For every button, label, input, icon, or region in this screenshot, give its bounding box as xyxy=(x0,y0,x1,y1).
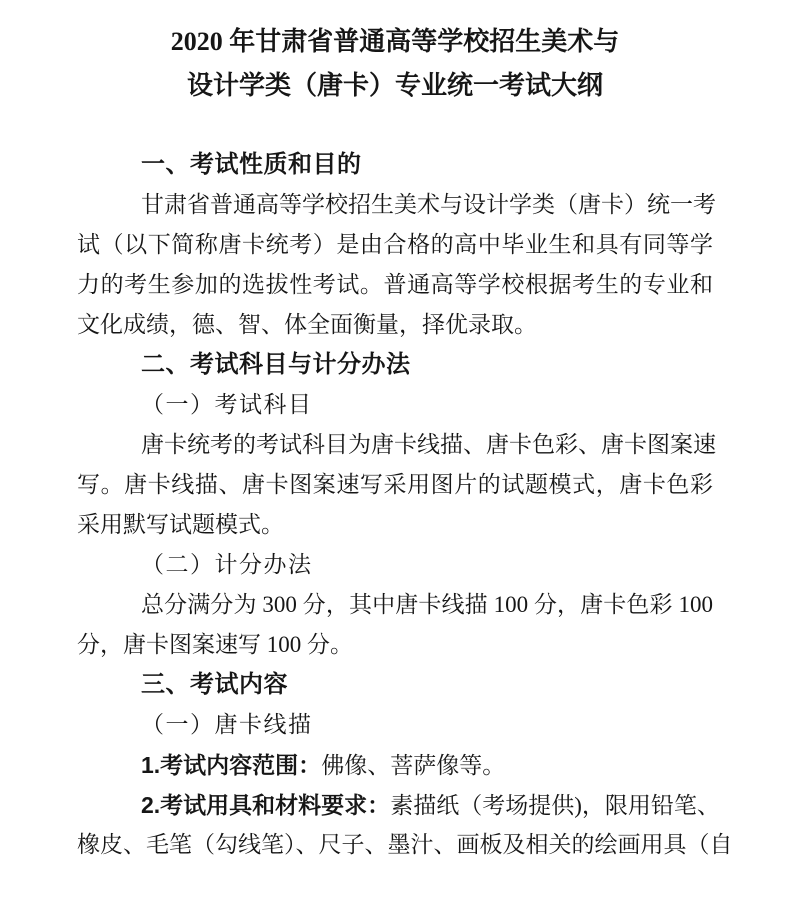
paragraph-line: 分，唐卡图案速写 100 分。 xyxy=(77,625,713,665)
paragraph-line: 甘肃省普通高等学校招生美术与设计学类（唐卡）统一考 xyxy=(77,185,713,225)
paragraph-line: 试（以下简称唐卡统考）是由合格的高中毕业生和具有同等学 xyxy=(77,225,713,265)
section-heading-3: 三、考试内容 xyxy=(77,665,713,705)
list-item-text: 佛像、菩萨像等。 xyxy=(321,753,505,778)
document-body: 一、考试性质和目的 甘肃省普通高等学校招生美术与设计学类（唐卡）统一考 试（以下… xyxy=(77,145,713,865)
paragraph-line: 唐卡统考的考试科目为唐卡线描、唐卡色彩、唐卡图案速 xyxy=(77,425,713,465)
paragraph-line: 力的考生参加的选拔性考试。普通高等学校根据考生的专业和 xyxy=(77,265,713,305)
list-item-label: 2.考试用具和材料要求： xyxy=(141,792,390,818)
paragraph-line: 橡皮、毛笔（勾线笔）、尺子、墨汁、画板及相关的绘画用具（自 xyxy=(77,825,713,865)
sub-heading: （二）计分办法 xyxy=(77,545,713,585)
document-title-line-1: 2020 年甘肃省普通高等学校招生美术与 xyxy=(77,20,713,64)
section-heading-1: 一、考试性质和目的 xyxy=(77,145,713,185)
list-item-label: 1.考试内容范围： xyxy=(141,752,321,778)
section-heading-2: 二、考试科目与计分办法 xyxy=(77,345,713,385)
list-item: 1.考试内容范围：佛像、菩萨像等。 xyxy=(77,745,713,785)
paragraph-line: 写。唐卡线描、唐卡图案速写采用图片的试题模式，唐卡色彩 xyxy=(77,465,713,505)
sub-heading: （一）唐卡线描 xyxy=(77,705,713,745)
paragraph-line: 总分满分为 300 分，其中唐卡线描 100 分，唐卡色彩 100 xyxy=(77,585,713,625)
paragraph-line: 采用默写试题模式。 xyxy=(77,505,713,545)
document-title: 2020 年甘肃省普通高等学校招生美术与 设计学类（唐卡）专业统一考试大纲 xyxy=(77,20,713,108)
document-title-line-2: 设计学类（唐卡）专业统一考试大纲 xyxy=(77,64,713,108)
list-item-text: 素描纸（考场提供)，限用铅笔、 xyxy=(390,793,720,818)
document-page: 2020 年甘肃省普通高等学校招生美术与 设计学类（唐卡）专业统一考试大纲 一、… xyxy=(0,0,789,908)
list-item: 2.考试用具和材料要求：素描纸（考场提供)，限用铅笔、 xyxy=(77,785,713,825)
sub-heading: （一）考试科目 xyxy=(77,385,713,425)
paragraph-line: 文化成绩，德、智、体全面衡量，择优录取。 xyxy=(77,305,713,345)
